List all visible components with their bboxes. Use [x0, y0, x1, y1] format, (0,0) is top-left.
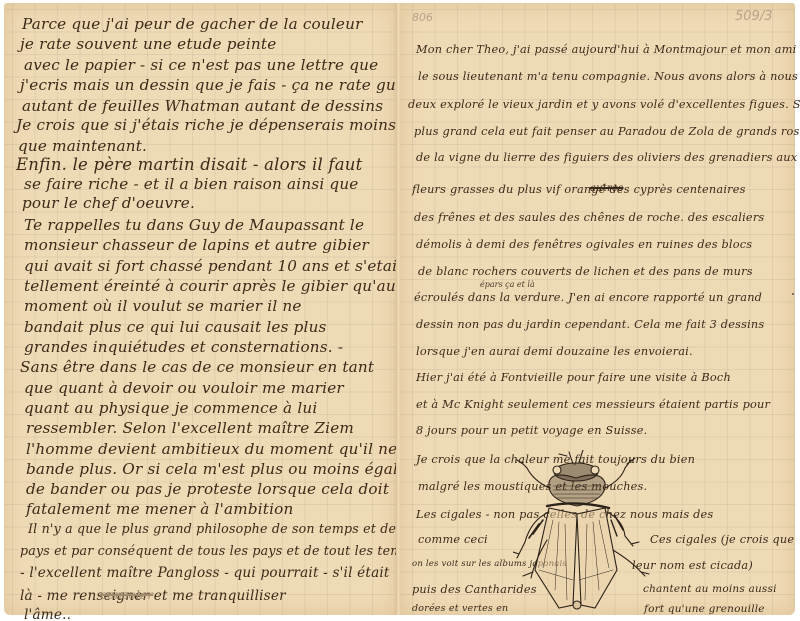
text-line: l'homme devient ambitieux du moment qu'i… — [26, 440, 397, 458]
text-line: se faire riche - et il a bien raison ain… — [24, 175, 359, 193]
text-line: chantent au moins aussi — [643, 583, 777, 595]
text-line: le sous lieutenant m'a tenu compagnie. N… — [418, 70, 798, 83]
text-line: de bander ou pas je proteste lorsque cel… — [26, 480, 389, 498]
text-line: bande plus. Or si cela m'est plus ou moi… — [26, 460, 398, 478]
text-line: je rate souvent une etude peinte — [20, 35, 276, 53]
text-line: pour le chef d'oeuvre. — [22, 194, 195, 212]
insertion-text: épars ça et là — [480, 280, 535, 289]
text-line: - l'excellent maître Pangloss - qui pour… — [20, 565, 390, 581]
text-line: Enfin. le père martin disait - alors il … — [16, 155, 362, 174]
text-line: j'ecris mais un dessin que je fais - ça … — [20, 76, 422, 94]
struck-text: consoler — [100, 588, 153, 602]
text-line: des frênes et des saules des chênes de r… — [414, 211, 764, 224]
text-line: avec le papier - si ce n'est pas une let… — [24, 56, 378, 74]
text-line: dorées et vertes en — [412, 603, 508, 614]
archive-number: 806 — [412, 11, 433, 24]
text-line: bandait plus ce qui lui causait les plus — [24, 318, 327, 336]
text-line: écroulés dans la verdure. J'en ai encore… — [414, 291, 762, 304]
text-line: démolis à demi des fenêtres ogivales en … — [416, 238, 752, 251]
text-line: fleurs grasses du plus vif orangé des cy… — [412, 183, 746, 196]
text-line: que quant à devoir ou vouloir me marier — [24, 379, 344, 397]
ink-dot — [792, 293, 794, 295]
text-line: de la vigne du lierre des figuiers des o… — [416, 151, 797, 164]
text-line: monsieur chasseur de lapins et autre gib… — [24, 236, 369, 254]
text-line: Hier j'ai été à Fontvieille pour faire u… — [416, 371, 731, 384]
text-line: Je crois que si j'étais riche je dépense… — [16, 116, 396, 134]
text-line: Mon cher Theo, j'ai passé aujourd'hui à … — [416, 43, 796, 56]
text-line: Ces cigales (je crois que — [650, 533, 794, 546]
text-line: Sans être dans le cas de ce monsieur en … — [20, 358, 374, 376]
struck-text: autres — [590, 183, 623, 194]
text-line: lorsque j'en aurai demi douzaine les env… — [416, 345, 693, 358]
text-line: fatalement me mener à l'ambition — [26, 500, 293, 518]
text-line: quant au physique je commence à lui — [24, 399, 317, 417]
text-line: dessin non pas du jardin cependant. Cela… — [416, 318, 764, 331]
text-line: que maintenant. — [18, 137, 147, 155]
text-line: tellement éreinté à courir après le gibi… — [24, 277, 396, 295]
right-page: 806 509/3 Mon cher Theo, j'ai passé aujo… — [400, 3, 795, 615]
text-line: Il n'y a que le plus grand philosophe de… — [28, 521, 423, 536]
text-line: moment où il voulut se marier il ne — [24, 297, 302, 315]
cicada-sketch-icon — [513, 450, 663, 615]
text-line: pays et par conséquent de tous les pays … — [20, 543, 417, 558]
archive-number: 509/3 — [735, 9, 772, 24]
text-line: de blanc rochers couverts de lichen et d… — [418, 265, 753, 278]
text-line: comme ceci — [418, 533, 488, 546]
text-line: ressembler. Selon l'excellent maître Zie… — [26, 419, 354, 437]
letter-spread: Parce que j'ai peur de gacher de la coul… — [4, 3, 795, 615]
text-line: Parce que j'ai peur de gacher de la coul… — [22, 15, 363, 33]
text-line: deux exploré le vieux jardin et y avons … — [408, 98, 800, 111]
text-line: grandes inquiétudes et consternations. - — [24, 338, 343, 356]
left-page: Parce que j'ai peur de gacher de la coul… — [4, 3, 397, 615]
text-line: 8 jours pour un petit voyage en Suisse. — [416, 424, 647, 437]
text-line: l'âme.. — [24, 607, 71, 621]
text-line: et à Mc Knight seulement ces messieurs é… — [416, 398, 770, 411]
text-line: autant de feuilles Whatman autant de des… — [22, 97, 383, 115]
text-line: Te rappelles tu dans Guy de Maupassant l… — [24, 216, 364, 234]
text-line: plus grand cela eut fait penser au Parad… — [414, 125, 800, 138]
text-line: qui avait si fort chassé pendant 10 ans … — [24, 257, 403, 275]
